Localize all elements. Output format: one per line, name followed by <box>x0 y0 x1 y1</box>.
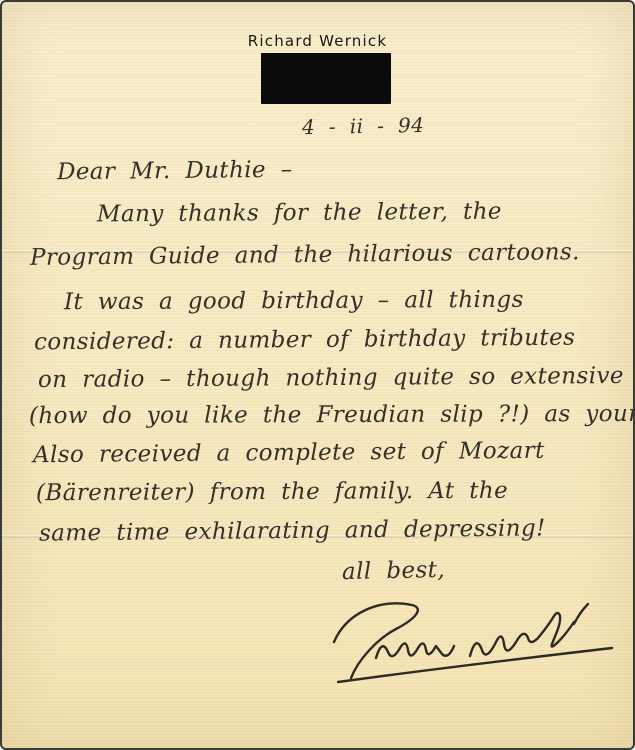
signature-stroke <box>376 643 454 658</box>
body-line: same time exhilarating and depressing! <box>39 515 546 546</box>
signature-stroke <box>334 603 418 678</box>
signature-stroke <box>470 613 574 656</box>
body-line: (how do you like the Freudian slip ?!) a… <box>29 401 635 429</box>
body-line: (Bärenreiter) from the family. At the <box>36 478 508 506</box>
letter-scan: Richard Wernick 4 - ii - 94 Dear Mr. Dut… <box>0 0 635 750</box>
letterhead-name: Richard Wernick <box>2 32 633 50</box>
redaction-block <box>261 53 391 104</box>
salutation-line: Dear Mr. Duthie – <box>57 157 293 185</box>
signature-underline-stroke <box>338 648 612 682</box>
closing-line: all best, <box>342 557 446 585</box>
signature-stroke <box>574 604 588 624</box>
body-line: It was a good birthday – all things <box>64 287 524 315</box>
body-line: on radio – though nothing quite so exten… <box>38 363 624 393</box>
body-line: considered: a number of birthday tribute… <box>34 325 575 356</box>
signature <box>320 594 620 689</box>
body-line: Program Guide and the hilarious cartoons… <box>30 239 580 271</box>
body-line: Many thanks for the letter, the <box>97 199 502 228</box>
body-line: Also received a complete set of Mozart <box>33 438 545 468</box>
letter-date: 4 - ii - 94 <box>302 113 425 139</box>
